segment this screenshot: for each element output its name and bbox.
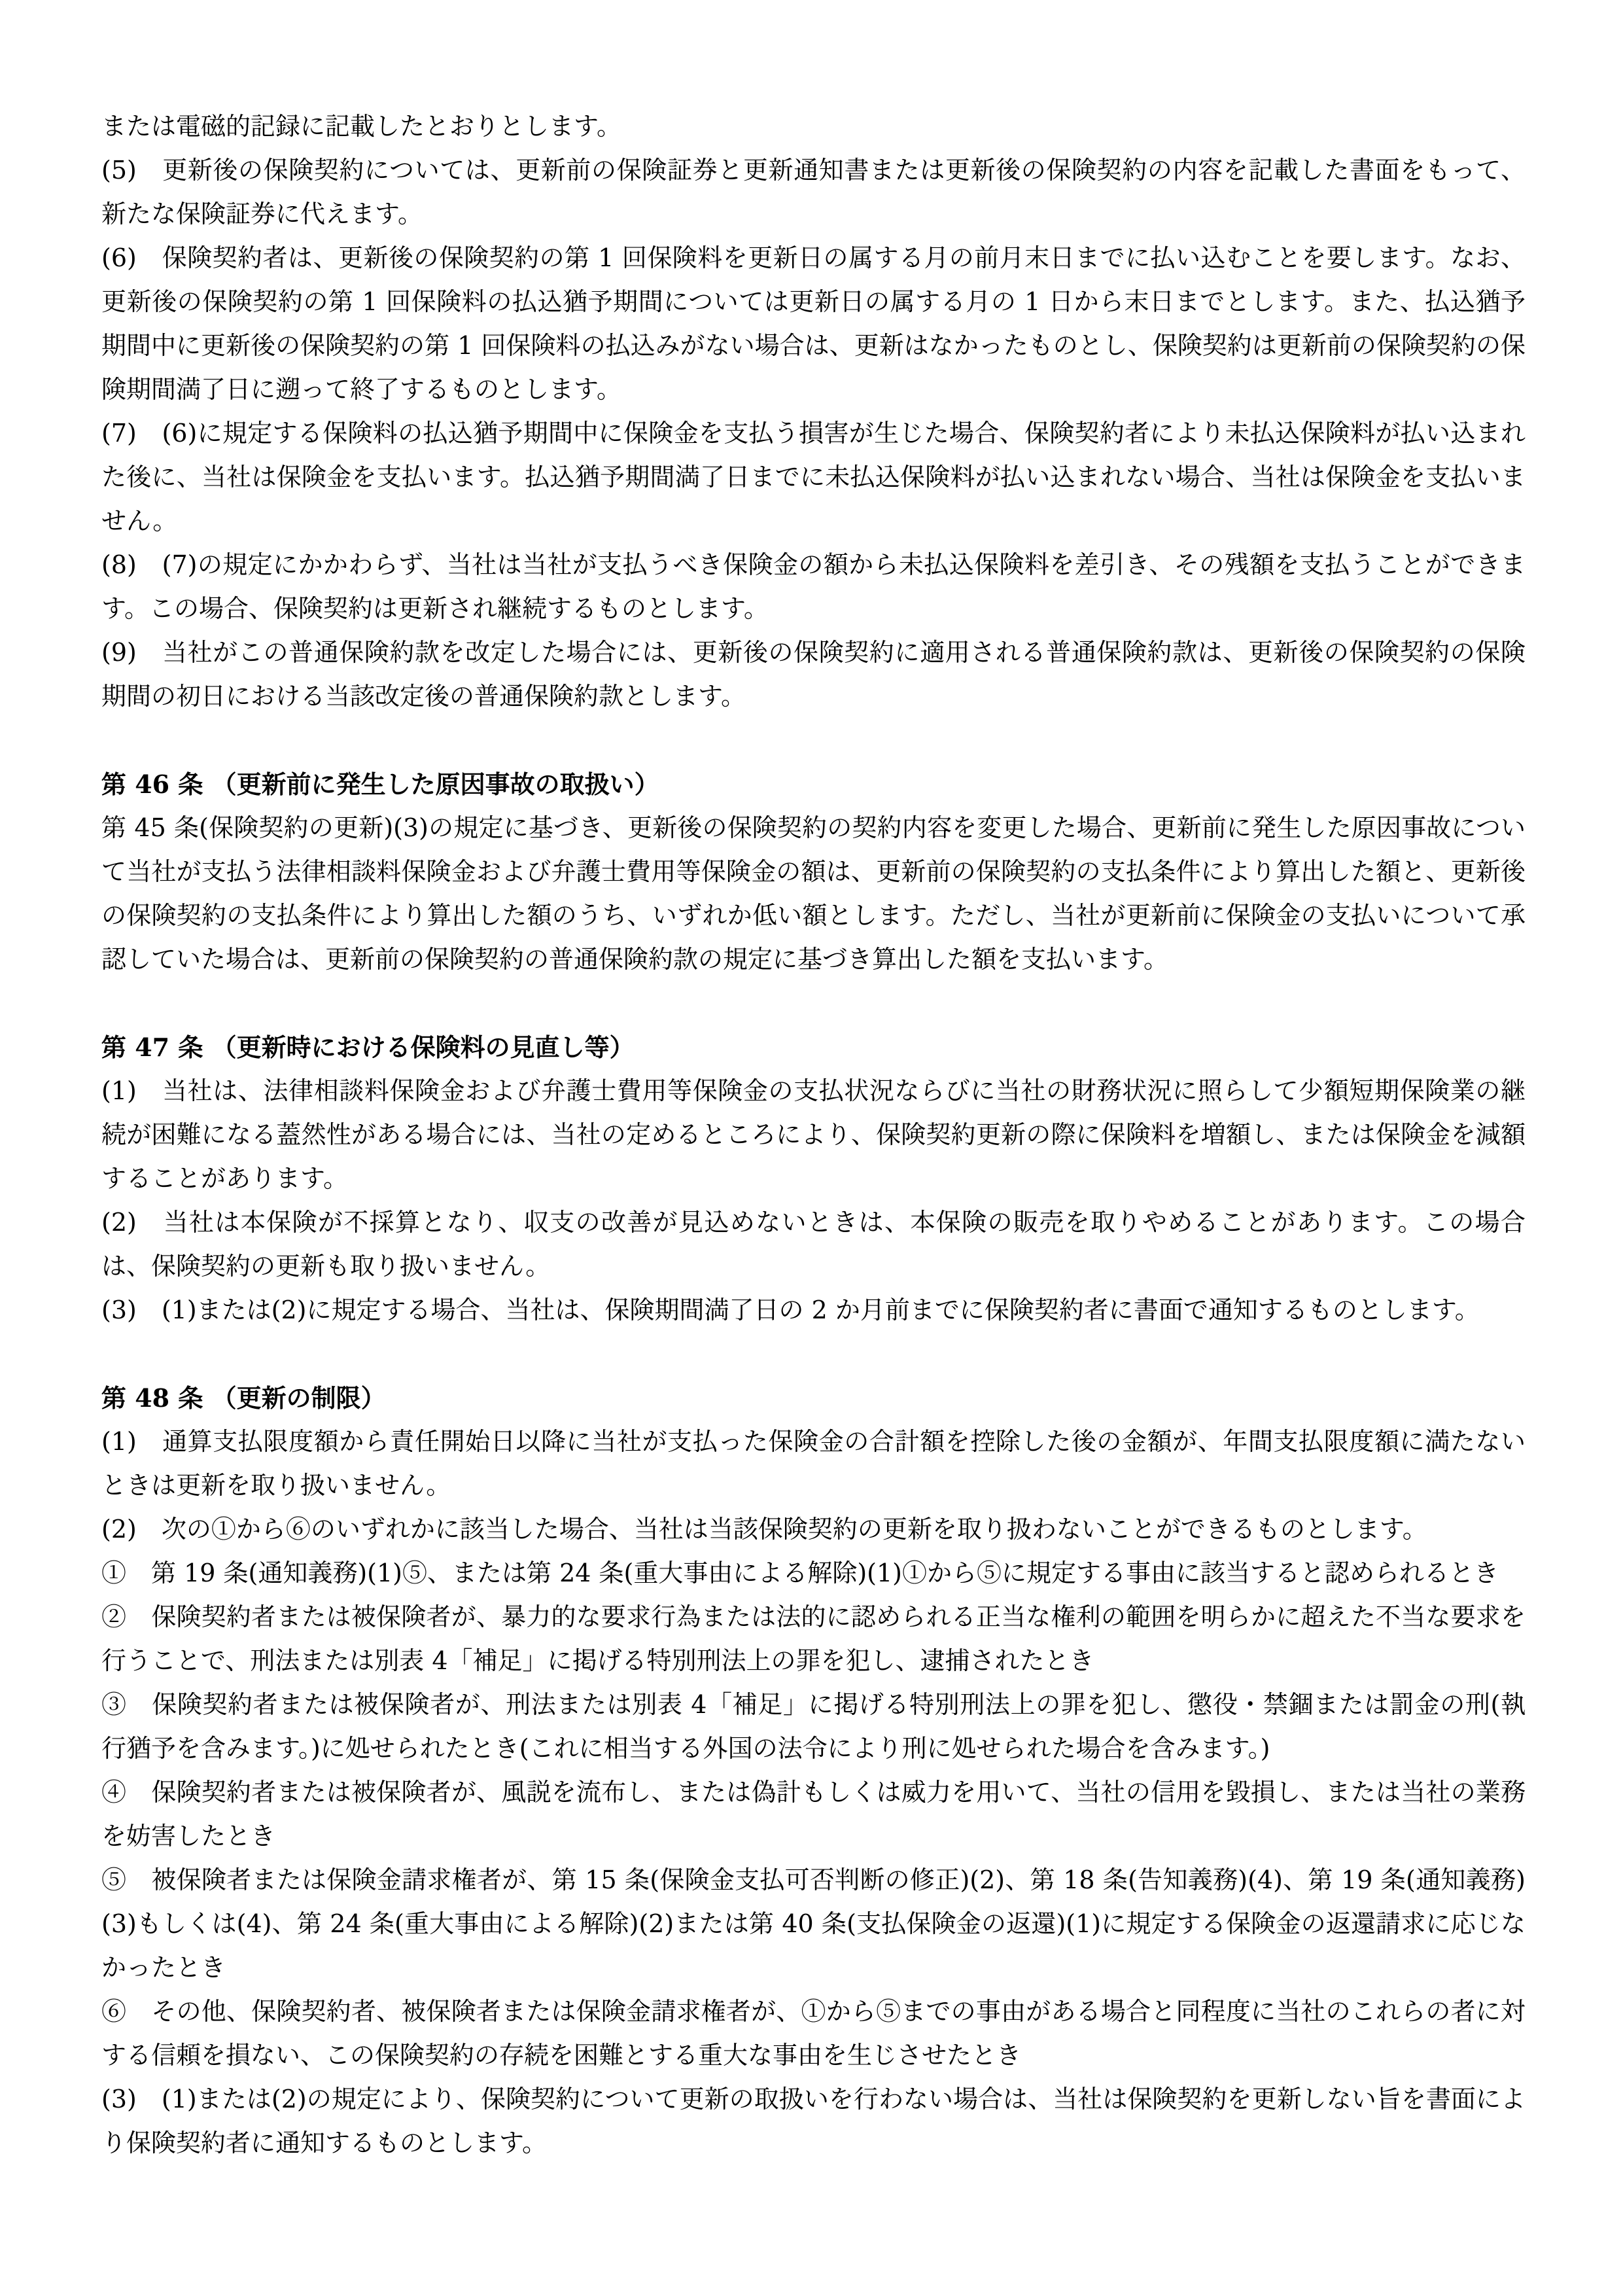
policy-document-page: または電磁的記録に記載したとおりとします。 (5) 更新後の保険契約については、… bbox=[0, 0, 1623, 2296]
article-46-body: 第 45 条(保険契約の更新)(3)の規定に基づき、更新後の保険契約の契約内容を… bbox=[101, 806, 1526, 981]
article-48-subitem-1: ① 第 19 条(通知義務)(1)⑤、または第 24 条(重大事由による解除)(… bbox=[101, 1551, 1526, 1595]
article-48-subitem-6: ⑥ その他、保険契約者、被保険者または保険金請求権者が、①から⑤までの事由がある… bbox=[101, 1990, 1526, 2077]
article-48-subitem-5: ⑤ 被保険者または保険金請求権者が、第 15 条(保険金支払可否判断の修正)(2… bbox=[101, 1858, 1526, 1990]
article-47-item-3: (3) (1)または(2)に規定する場合、当社は、保険期間満了日の 2 か月前ま… bbox=[101, 1288, 1526, 1332]
article-48-heading: 第 48 条 （更新の制限） bbox=[101, 1376, 1526, 1420]
article-47-item-1: (1) 当社は、法律相談料保険金および弁護士費用等保険金の支払状況ならびに当社の… bbox=[101, 1069, 1526, 1201]
clause-45-item-6: (6) 保険契約者は、更新後の保険契約の第 1 回保険料を更新日の属する月の前月… bbox=[101, 236, 1526, 412]
article-48-item-1: (1) 通算支払限度額から責任開始日以降に当社が支払った保険金の合計額を控除した… bbox=[101, 1420, 1526, 1508]
article-48-subitem-3: ③ 保険契約者または被保険者が、刑法または別表 4「補足」に掲げる特別刑法上の罪… bbox=[101, 1683, 1526, 1771]
clause-45-item-8: (8) (7)の規定にかかわらず、当社は当社が支払うべき保険金の額から未払込保険… bbox=[101, 543, 1526, 631]
article-48-item-2: (2) 次の①から⑥のいずれかに該当した場合、当社は当該保険契約の更新を取り扱わ… bbox=[101, 1508, 1526, 1551]
clause-45-item-5: (5) 更新後の保険契約については、更新前の保険証券と更新通知書または更新後の保… bbox=[101, 149, 1526, 236]
article-47-item-2: (2) 当社は本保険が不採算となり、収支の改善が見込めないときは、本保険の販売を… bbox=[101, 1201, 1526, 1288]
clause-45-continuation-text: または電磁的記録に記載したとおりとします。 bbox=[101, 105, 1526, 149]
clause-45-item-7: (7) (6)に規定する保険料の払込猶予期間中に保険金を支払う損害が生じた場合、… bbox=[101, 412, 1526, 543]
article-46-heading: 第 46 条 （更新前に発生した原因事故の取扱い） bbox=[101, 762, 1526, 806]
article-47-heading: 第 47 条 （更新時における保険料の見直し等） bbox=[101, 1025, 1526, 1069]
article-48-item-3: (3) (1)または(2)の規定により、保険契約について更新の取扱いを行わない場… bbox=[101, 2077, 1526, 2165]
clause-45-item-9: (9) 当社がこの普通保険約款を改定した場合には、更新後の保険契約に適用される普… bbox=[101, 631, 1526, 718]
article-48-subitem-4: ④ 保険契約者または被保険者が、風説を流布し、または偽計もしくは威力を用いて、当… bbox=[101, 1771, 1526, 1858]
article-48-subitem-2: ② 保険契約者または被保険者が、暴力的な要求行為または法的に認められる正当な権利… bbox=[101, 1595, 1526, 1683]
